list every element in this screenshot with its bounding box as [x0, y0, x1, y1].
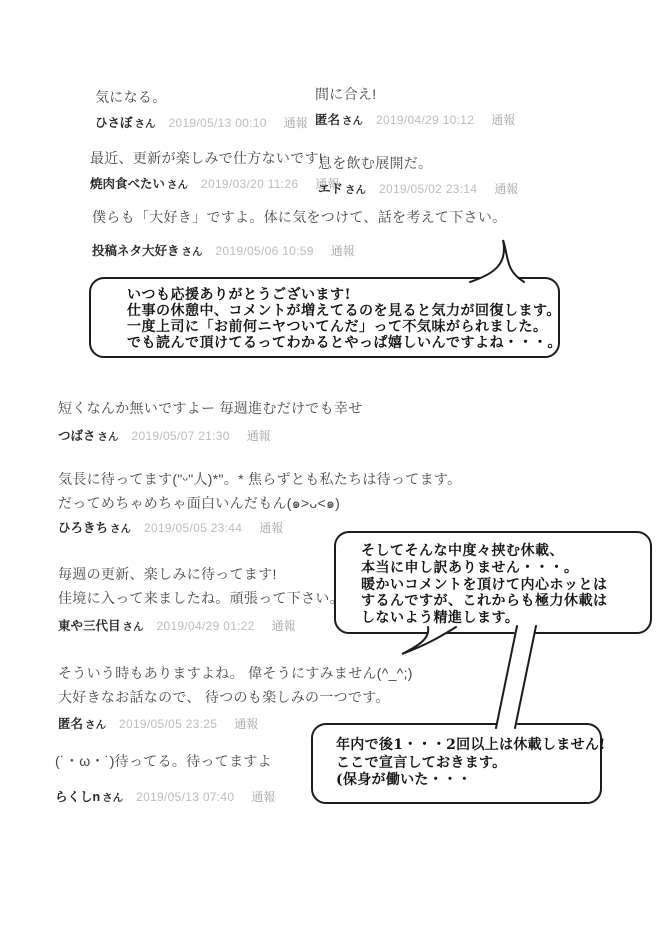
name-suffix: さん — [98, 429, 119, 444]
commenter-name: 焼肉食べたい — [90, 174, 165, 192]
comment-meta: 東や三代目 さん 2019/04/29 01:22 通報 — [58, 616, 344, 634]
bubble-tail — [450, 234, 570, 284]
report-link[interactable]: 通報 — [272, 617, 296, 634]
name-suffix: さん — [123, 619, 144, 634]
comment: 間に合え! 匿名 さん 2019/04/29 10:12 通報 — [315, 83, 515, 128]
comment-text: 気になる。 — [95, 86, 308, 110]
comment-text: 毎週の更新、楽しみに待ってます! — [58, 563, 344, 587]
comment-text: だってめちゃめちゃ面白いんだもん(๑>ᴗ<๑) — [58, 492, 461, 516]
report-link[interactable]: 通報 — [331, 242, 355, 259]
report-link[interactable]: 通報 — [491, 111, 515, 128]
comment-meta: ひさぼ さん 2019/05/13 00:10 通報 — [95, 113, 308, 131]
comment-text: 間に合え! — [315, 83, 515, 107]
bubble-text: そしてそんな中度々挟む休載、 — [361, 543, 644, 560]
comment: 気長に待ってます("ᵕ"人)*"。* 焦らずとも私たちは待ってます。 だってめち… — [58, 468, 461, 536]
comment-text: 短くなんか無いですよー 毎週進むだけでも幸せ — [58, 397, 363, 421]
comment-text: 佳境に入って来ましたね。頑張って下さい。 — [58, 587, 344, 611]
comment: 気になる。 ひさぼ さん 2019/05/13 00:10 通報 — [95, 86, 308, 131]
bubble-text: 本当に申し訳ありません・・・。 — [361, 560, 644, 577]
report-link[interactable]: 通報 — [284, 114, 308, 131]
bubble-text: 仕事の休憩中、コメントが増えてるのを見ると気力が回復します。 — [127, 303, 550, 319]
comment-meta: 匿名 さん 2019/04/29 10:12 通報 — [315, 110, 515, 128]
commenter-name: 東や三代目 — [58, 616, 121, 634]
commenter-name: つばさ — [58, 426, 96, 444]
name-suffix: さん — [167, 177, 188, 192]
comment: 短くなんか無いですよー 毎週進むだけでも幸せ つばさ さん 2019/05/07… — [58, 397, 363, 444]
comment-meta: つばさ さん 2019/05/07 21:30 通報 — [58, 426, 363, 444]
commenter-name: エド — [318, 179, 343, 197]
speech-bubble-author-reply-2: そしてそんな中度々挟む休載、 本当に申し訳ありません・・・。 暖かいコメントを頂… — [334, 531, 652, 634]
comment-text: 息を飲む展開だ。 — [318, 152, 518, 176]
comment-text: そういう時もありますよね。 偉そうにすみません(^_^;) — [58, 662, 413, 686]
bubble-text: 年内で後1・・・2回以上は休載しません! — [336, 737, 594, 755]
comment-date: 2019/05/05 23:25 — [119, 717, 217, 731]
name-suffix: さん — [102, 790, 123, 805]
comment-text: (˙・ω・˙)待ってる。待ってますよ — [55, 750, 275, 774]
comment-text: 僕らも「大好き」ですよ。体に気をつけて、話を考えて下さい。 — [92, 206, 506, 230]
comment-meta: エド さん 2019/05/02 23:14 通報 — [318, 179, 518, 197]
comment: 最近、更新が楽しみで仕方ないです! 焼肉食べたい さん 2019/03/20 1… — [90, 147, 339, 192]
bubble-text: ここで宣言しておきます。 — [336, 755, 594, 773]
commenter-name: 匿名 — [315, 110, 340, 128]
report-link[interactable]: 通報 — [259, 519, 283, 536]
comment-date: 2019/05/05 23:44 — [144, 521, 242, 535]
comment-date: 2019/04/29 10:12 — [376, 113, 474, 127]
comment: 毎週の更新、楽しみに待ってます! 佳境に入って来ましたね。頑張って下さい。 東や… — [58, 563, 344, 634]
commenter-name: 匿名 — [58, 714, 83, 732]
bubble-text: するんですが、これからも極力休載は — [361, 593, 644, 610]
bubble-text: 暖かいコメントを頂けて内心ホッとは — [361, 577, 644, 594]
report-link[interactable]: 通報 — [251, 788, 275, 805]
commenter-name: らくしn — [55, 787, 100, 805]
name-suffix: さん — [342, 113, 363, 128]
comment-text: 気長に待ってます("ᵕ"人)*"。* 焦らずとも私たちは待ってます。 — [58, 468, 461, 492]
comment-date: 2019/05/06 10:59 — [216, 244, 314, 258]
name-suffix: さん — [110, 521, 131, 536]
bubble-text: いつも応援ありがとうございます! — [127, 287, 550, 303]
comment: 僕らも「大好き」ですよ。体に気をつけて、話を考えて下さい。 投稿ネタ大好き さん… — [92, 206, 506, 259]
comment-date: 2019/05/13 00:10 — [169, 116, 267, 130]
name-suffix: さん — [135, 116, 156, 131]
comment-text: 大好きなお話なので、 待つのも楽しみの一つです。 — [58, 686, 413, 710]
bubble-tail — [392, 624, 464, 666]
name-suffix: さん — [345, 182, 366, 197]
comment-date: 2019/05/07 21:30 — [132, 429, 230, 443]
bubble-text: でも読んで頂けてるってわかるとやっぱ嬉しいんですよね・・・。 — [127, 335, 550, 351]
comment-meta: 投稿ネタ大好き さん 2019/05/06 10:59 通報 — [92, 241, 506, 259]
comment-date: 2019/04/29 01:22 — [157, 619, 255, 633]
comment-meta: 焼肉食べたい さん 2019/03/20 11:26 通報 — [90, 174, 339, 192]
name-suffix: さん — [182, 244, 203, 259]
bubble-connector — [484, 621, 548, 733]
comment-date: 2019/03/20 11:26 — [201, 177, 298, 191]
bubble-text: 一度上司に「お前何ニヤついてんだ」って不気味がられました。 — [127, 319, 550, 335]
commenter-name: 投稿ネタ大好き — [92, 241, 180, 259]
comment-text: 最近、更新が楽しみで仕方ないです! — [90, 147, 339, 171]
commenter-name: ひろきち — [58, 518, 108, 536]
comment-date: 2019/05/02 23:14 — [379, 182, 477, 196]
comment: そういう時もありますよね。 偉そうにすみません(^_^;) 大好きなお話なので、… — [58, 662, 413, 732]
report-link[interactable]: 通報 — [234, 715, 258, 732]
speech-bubble-author-reply-1: いつも応援ありがとうございます! 仕事の休憩中、コメントが増えてるのを見ると気力… — [89, 277, 560, 358]
bubble-text: (保身が働いた・・・ — [336, 772, 594, 790]
comment-date: 2019/05/13 07:40 — [136, 790, 234, 804]
comment-meta: らくしn さん 2019/05/13 07:40 通報 — [55, 787, 275, 805]
comment: 息を飲む展開だ。 エド さん 2019/05/02 23:14 通報 — [318, 152, 518, 197]
report-link[interactable]: 通報 — [494, 180, 518, 197]
comment: (˙・ω・˙)待ってる。待ってますよ らくしn さん 2019/05/13 07… — [55, 750, 275, 805]
speech-bubble-author-reply-3: 年内で後1・・・2回以上は休載しません! ここで宣言しておきます。 (保身が働い… — [311, 723, 602, 804]
name-suffix: さん — [85, 717, 106, 732]
report-link[interactable]: 通報 — [247, 427, 271, 444]
commenter-name: ひさぼ — [95, 113, 133, 131]
